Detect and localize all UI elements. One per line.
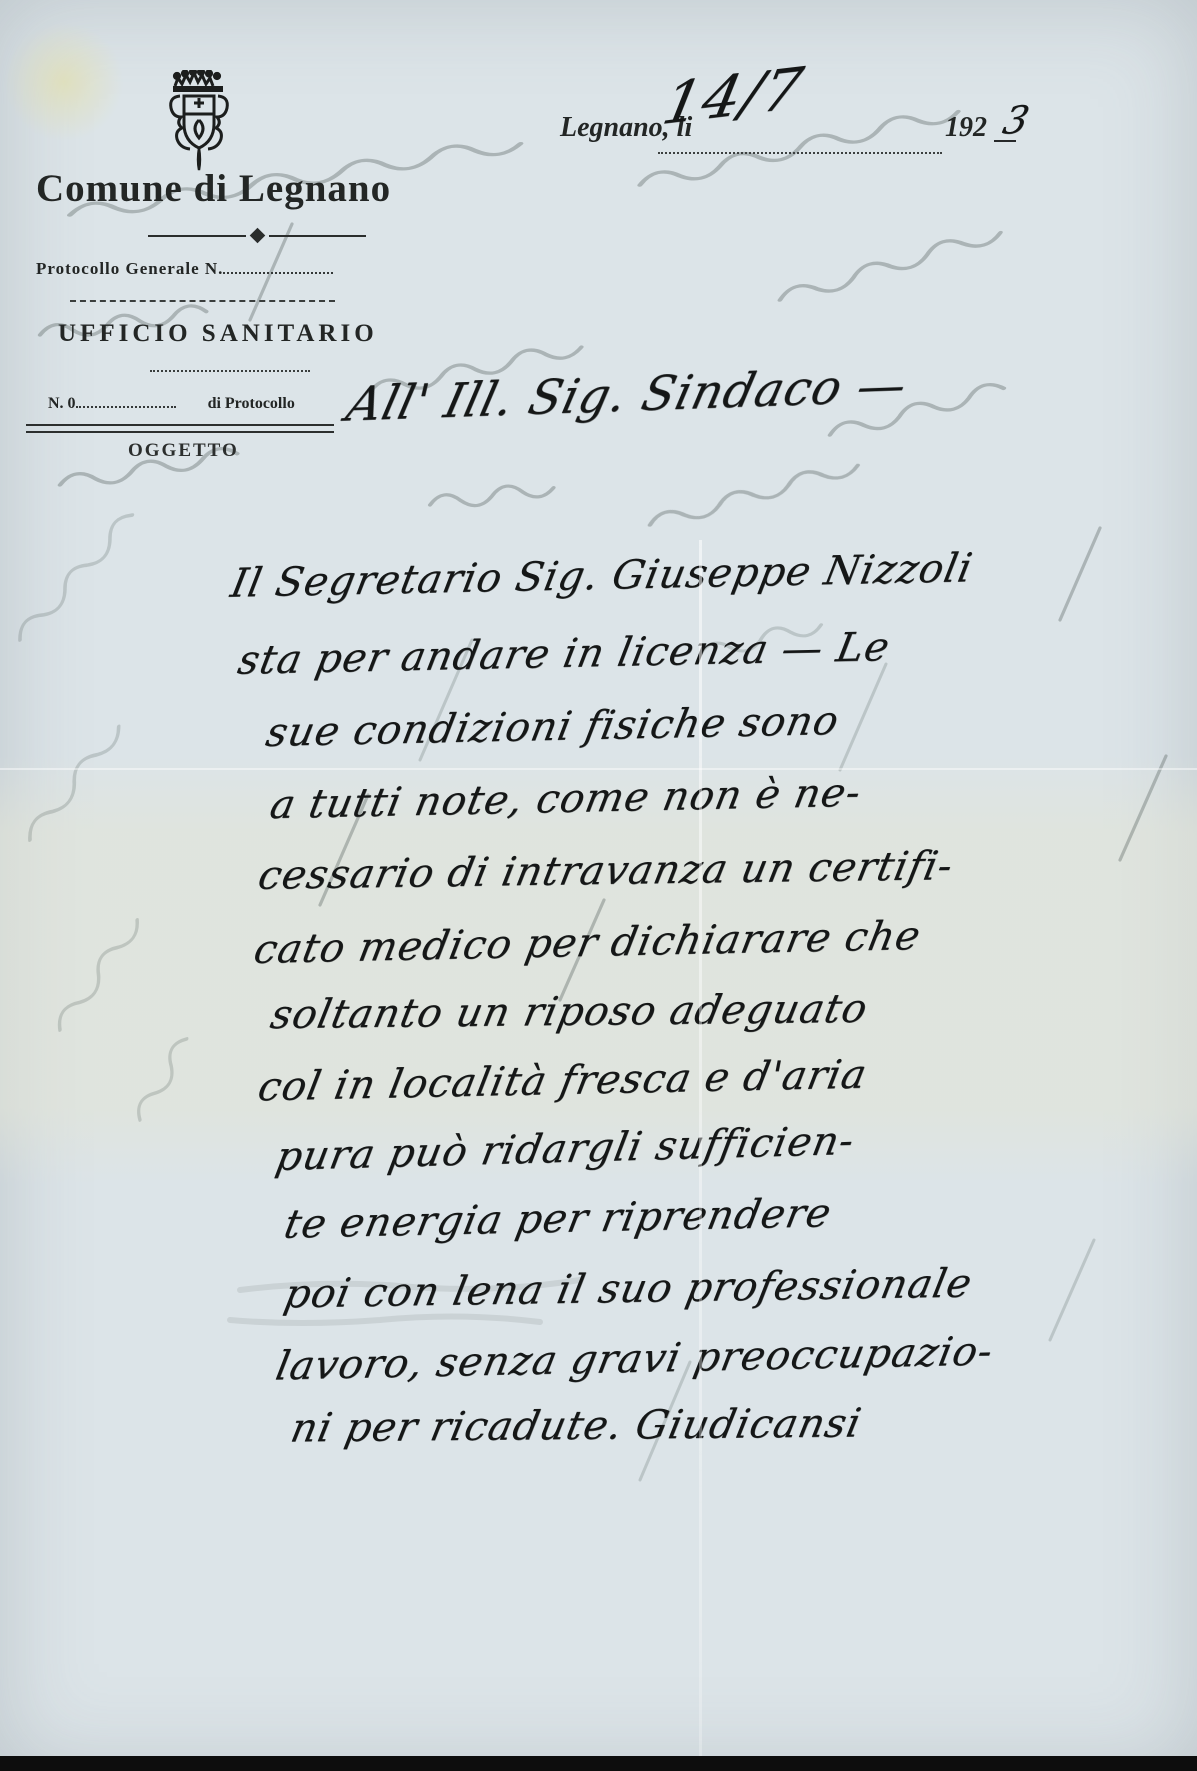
letter-page: Comune di Legnano Protocollo Generale N.… xyxy=(0,0,1197,1771)
legnano-crest-icon xyxy=(160,70,238,176)
dateline-year-printed: 192 xyxy=(945,112,987,144)
subject-label: OGGETTO xyxy=(128,440,239,462)
protocol-number-label: N. 0 xyxy=(48,395,76,412)
letterhead-divider xyxy=(148,230,366,241)
protocol-general-label: Protocollo Generale N. xyxy=(36,258,333,279)
office-title: UFFICIO SANITARIO xyxy=(58,320,378,348)
fold-crease-horizontal xyxy=(0,768,1197,770)
double-rule-top xyxy=(26,424,334,426)
handwritten-line: soltanto un riposo adeguato xyxy=(267,986,872,1038)
letterhead-rule-dotted xyxy=(150,370,310,372)
handwritten-line: ni per ricadute. Giudicansi xyxy=(287,1401,866,1452)
dateline-dotted-rule xyxy=(658,152,942,154)
protocol-suffix-label: di Protocollo xyxy=(208,395,295,412)
fold-crease-vertical xyxy=(699,540,702,1771)
protocol-number-row: N. 0 di Protocollo xyxy=(48,392,295,413)
scan-edge-bar xyxy=(0,1756,1197,1771)
commune-title: Comune di Legnano xyxy=(36,166,391,211)
handwritten-line: cessario di intravanza un certifi- xyxy=(254,843,957,899)
double-rule-bottom xyxy=(26,431,334,433)
letterhead-rule-dashed xyxy=(70,300,335,302)
